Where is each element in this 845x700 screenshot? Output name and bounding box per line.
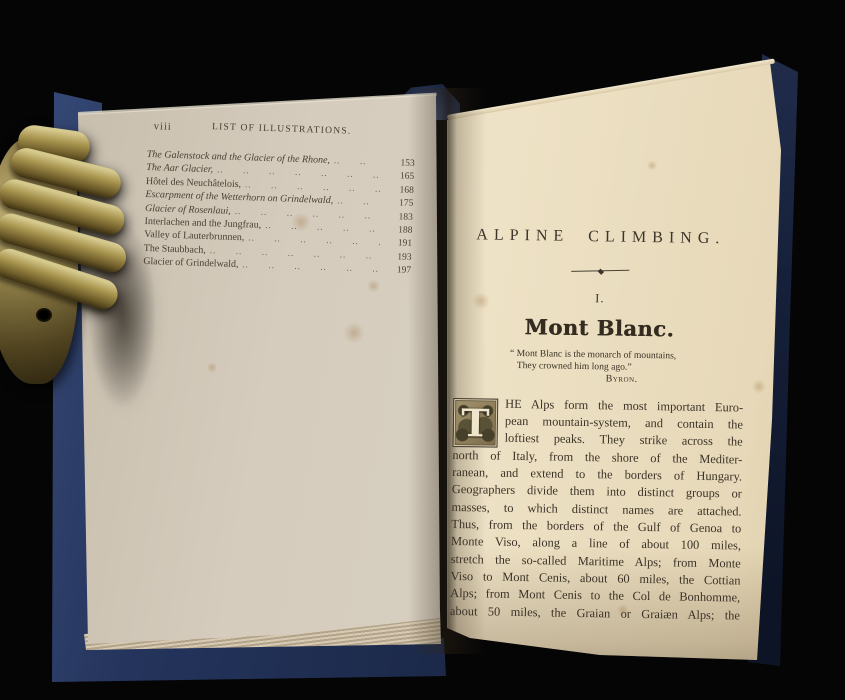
foxing-spot [751,379,767,394]
chapter-numeral: I. [455,289,745,309]
foxing-spot [206,362,218,373]
illustration-title: Glacier of Rosenlaui, [145,203,231,217]
illustration-title: Glacier of Grindelwald, [143,256,239,270]
epigraph-attribution: Byron. [606,373,744,387]
page-number: 165 [388,171,414,182]
chapter-title: Mont Blanc. [454,313,744,343]
illustration-title: Hôtel des Neuchâtelois, [146,176,242,190]
body-rest-lines: north of Italy, from the shore of the Me… [450,447,743,625]
page-number: 175 [387,198,413,209]
mount-hole [36,308,52,322]
page-number: 168 [388,185,414,196]
epigraph-line: They crowned him long ago.” [517,359,744,374]
foxing-spot [366,279,381,293]
ornament-divider [571,267,629,275]
dot-leader: .. .. .. .. .. .. .. .. .. .. [337,195,384,207]
right-page-content: ALPINE CLIMBING. I. Mont Blanc. “ Mont B… [450,226,746,624]
foxing-spot [646,160,658,171]
page-number: 183 [387,212,413,223]
drop-cap-letter: T [454,399,498,446]
page-number: 191 [386,238,412,249]
epigraph: “ Mont Blanc is the monarch of mountains… [510,348,745,387]
left-page-content: viii LIST OF ILLUSTRATIONS. The Galensto… [143,119,416,278]
dot-leader: .. .. .. .. .. .. .. .. .. .. [334,155,385,167]
body-first-lines: HE Alps form the most important Euro-pea… [505,395,744,451]
book-photo-scene: viii LIST OF ILLUSTRATIONS. The Galensto… [0,0,845,700]
ornate-initial: T [453,397,499,447]
illustration-title: Valley of Lauterbrunnen, [144,229,245,243]
page-number: 188 [386,225,412,236]
page-number: 193 [385,252,411,263]
body-paragraph: T HE Alps form the most important Euro-p… [450,394,744,624]
page-number: 197 [385,265,411,276]
page-number: 153 [389,158,415,169]
illustrations-list: The Galenstock and the Glacier of the Rh… [143,149,415,278]
book-title-heading: ALPINE CLIMBING. [456,226,746,249]
foxing-spot [342,322,366,344]
diamond-ornament-icon [597,268,603,274]
brass-hand-stand [0,130,157,395]
